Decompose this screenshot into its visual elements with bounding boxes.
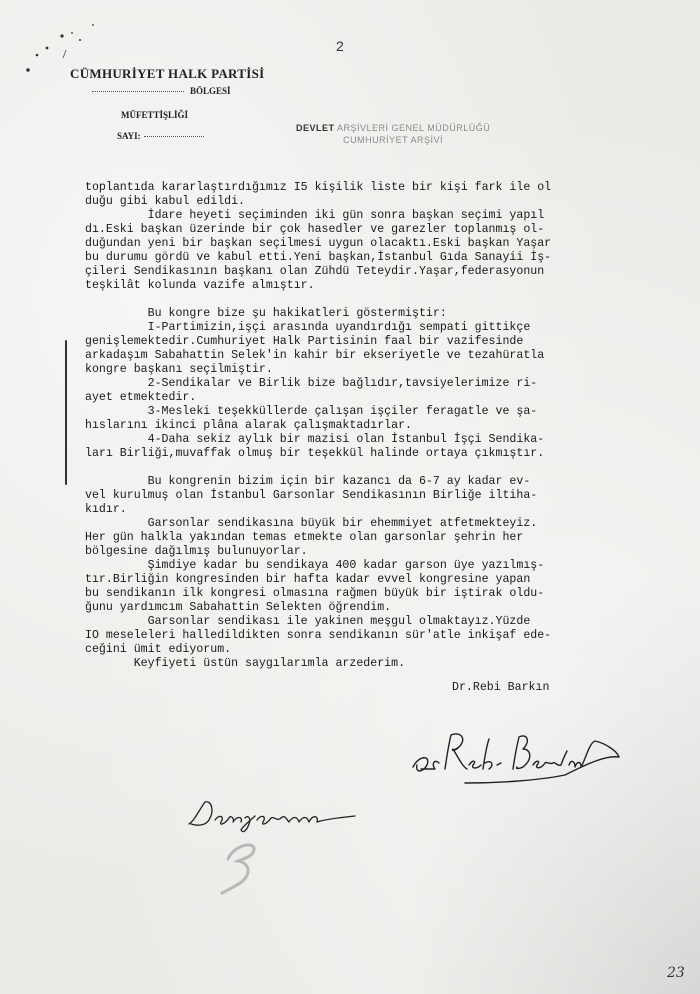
paper-specks	[0, 0, 700, 994]
